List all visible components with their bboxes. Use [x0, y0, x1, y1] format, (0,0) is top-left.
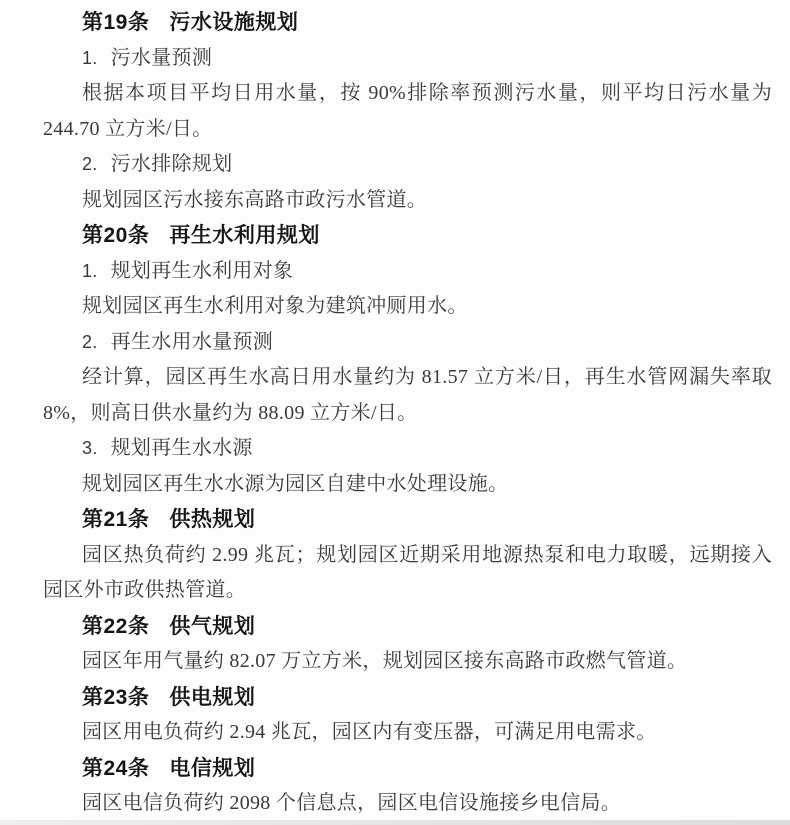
article-title: 再生水利用规划: [169, 224, 320, 247]
paragraph: 园区年用气量约 82.07 万立方米，规划园区接东高路市政燃气管道。: [43, 644, 772, 680]
article-title: 供热规划: [169, 508, 255, 531]
article-title: 电信规划: [169, 757, 255, 780]
item-number: 3.: [82, 438, 98, 458]
article-number: 第19条: [82, 11, 149, 34]
article-number: 第20条: [82, 224, 149, 247]
paragraph: 根据本项目平均日用水量，按 90%排除率预测污水量，则平均日污水量为 244.7…: [43, 76, 772, 147]
article-heading-19: 第19条污水设施规划: [43, 5, 772, 41]
article-heading-23: 第23条供电规划: [43, 680, 772, 716]
article-title: 供电规划: [169, 686, 255, 709]
article-heading-21: 第21条供热规划: [43, 502, 772, 538]
article-title: 污水设施规划: [169, 11, 298, 34]
paragraph: 规划园区污水接东高路市政污水管道。: [43, 183, 772, 219]
document-content: 第19条污水设施规划 1.污水量预测 根据本项目平均日用水量，按 90%排除率预…: [0, 0, 790, 822]
paragraph: 园区热负荷约 2.99 兆瓦；规划园区近期采用地源热泵和电力取暖，远期接入园区外…: [43, 538, 772, 609]
paragraph: 经计算，园区再生水高日用水量约为 81.57 立方米/日，再生水管网漏失率取 8…: [43, 360, 772, 431]
paragraph: 园区用电负荷约 2.94 兆瓦，园区内有变压器，可满足用电需求。: [43, 715, 772, 751]
numbered-item: 2.污水排除规划: [43, 147, 772, 183]
article-number: 第24条: [82, 757, 149, 780]
item-number: 1.: [82, 261, 98, 281]
article-number: 第22条: [82, 615, 149, 638]
item-number: 1.: [82, 48, 98, 68]
article-title: 供气规划: [169, 615, 255, 638]
numbered-item: 1.污水量预测: [43, 41, 772, 77]
item-text: 再生水用水量预测: [111, 331, 273, 353]
item-text: 污水排除规划: [111, 153, 233, 175]
item-text: 规划再生水利用对象: [111, 260, 294, 282]
article-number: 第21条: [82, 508, 149, 531]
paragraph: 规划园区再生水利用对象为建筑冲厕用水。: [43, 289, 772, 325]
item-number: 2.: [82, 154, 98, 174]
paragraph: 规划园区再生水水源为园区自建中水处理设施。: [43, 467, 772, 503]
paragraph: 园区电信负荷约 2098 个信息点，园区电信设施接乡电信局。: [43, 786, 772, 822]
item-number: 2.: [82, 332, 98, 352]
article-heading-24: 第24条电信规划: [43, 751, 772, 787]
numbered-item: 2.再生水用水量预测: [43, 325, 772, 361]
page-bottom-edge: [0, 820, 790, 825]
item-text: 规划再生水水源: [111, 437, 253, 459]
document-page: 第19条污水设施规划 1.污水量预测 根据本项目平均日用水量，按 90%排除率预…: [0, 0, 790, 825]
article-heading-20: 第20条再生水利用规划: [43, 218, 772, 254]
article-number: 第23条: [82, 686, 149, 709]
item-text: 污水量预测: [111, 47, 213, 69]
article-heading-22: 第22条供气规划: [43, 609, 772, 645]
numbered-item: 1.规划再生水利用对象: [43, 254, 772, 290]
numbered-item: 3.规划再生水水源: [43, 431, 772, 467]
